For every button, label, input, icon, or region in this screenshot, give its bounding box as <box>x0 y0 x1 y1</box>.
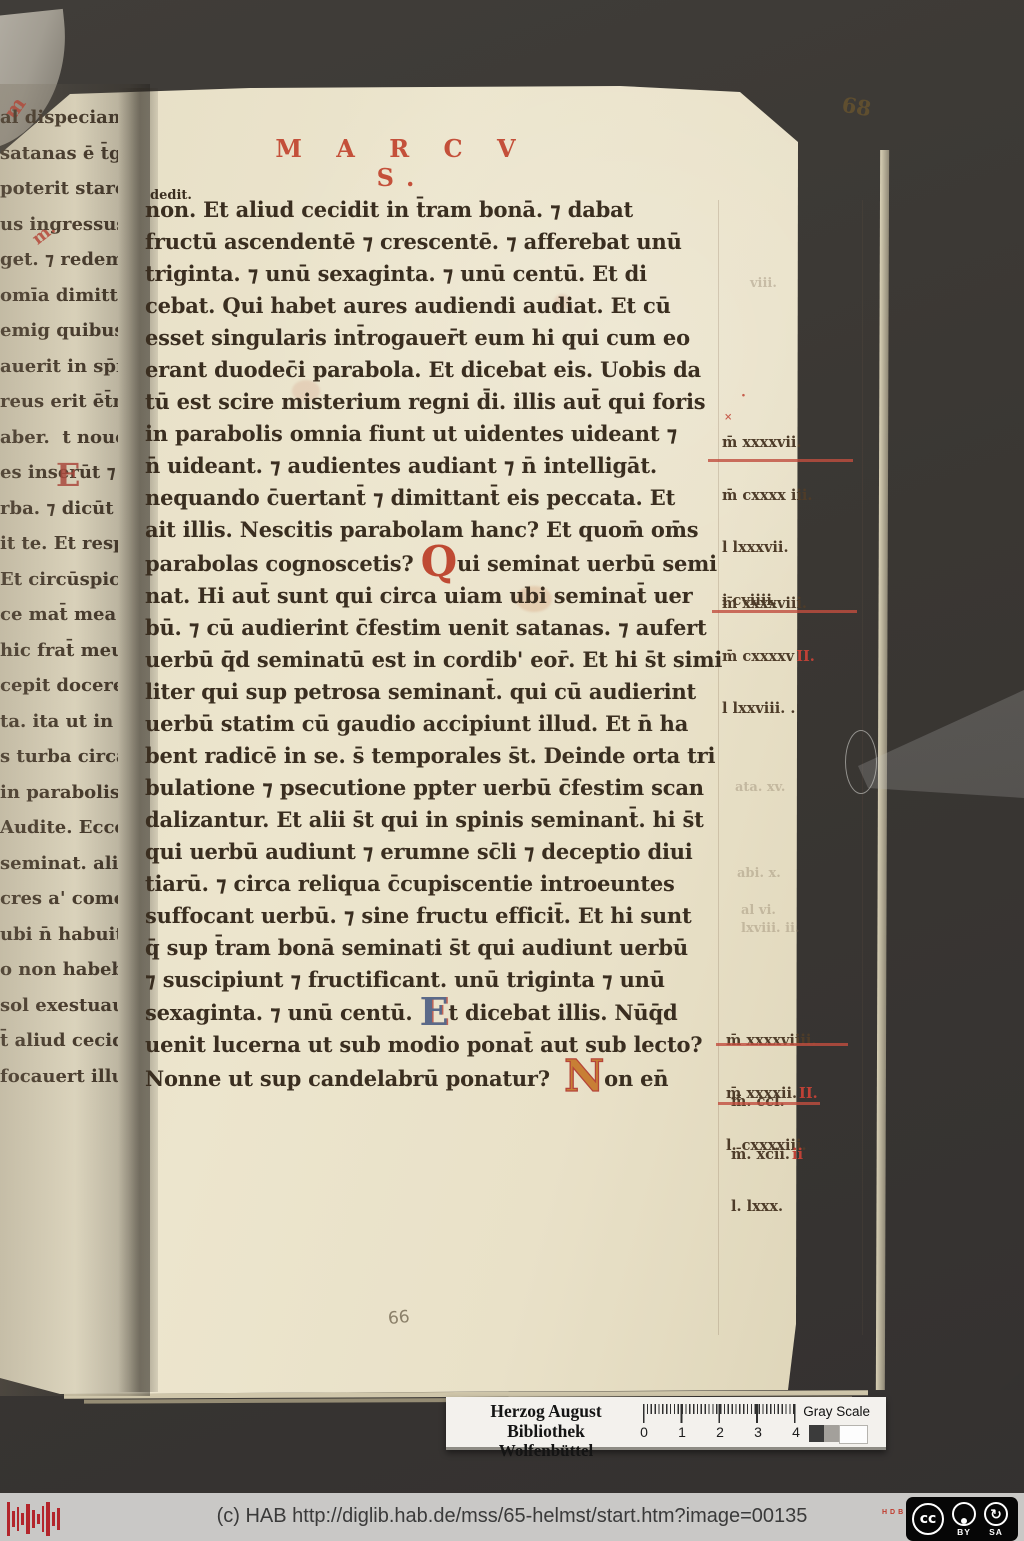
ruler-number: 1 <box>674 1424 690 1440</box>
grayscale-patch-mid <box>824 1425 839 1442</box>
gloss-underline <box>716 1043 848 1046</box>
illuminated-initial-e: E <box>420 989 449 1034</box>
gloss-line: m̄ cxxxxv <box>722 648 794 665</box>
text-lines-13-25: nat. Hi aut̄ sunt qui circa uiam ubi sem… <box>145 580 722 996</box>
gloss-line: l lxxxvii. <box>722 539 789 556</box>
text-line-28: Nonne ut sup candelabrū ponatur? Non en̄ <box>145 1061 722 1095</box>
main-text-block: non. Et aliud cecidit in t̄ram bonā. ⁊ d… <box>145 194 722 1095</box>
text-line-27: uenit lucerna ut sub modio ponat̄ aut su… <box>145 1029 722 1061</box>
text-line-12: parabolas cognoscetis? Qui seminat uerbū… <box>145 546 722 580</box>
grayscale-patch-light <box>839 1425 868 1444</box>
print-code: HDB <box>882 1509 906 1516</box>
gloss-line: m̄ cxxxx iii. <box>722 487 812 504</box>
gloss-red-numeral: ii <box>792 1146 803 1163</box>
sa-label: SA <box>989 1527 1003 1537</box>
text-lines-1-11: non. Et aliud cecidit in t̄ram bonā. ⁊ d… <box>145 194 722 546</box>
red-x-mark: × <box>724 412 732 423</box>
by-person-icon <box>952 1502 976 1526</box>
text-line-28-pre: Nonne ut sup candelabrū ponatur? <box>145 1066 564 1091</box>
cc-sa-block: ↻ SA <box>984 1502 1008 1537</box>
gloss-line: m̄ xxxxviiii. <box>726 1032 816 1049</box>
cc-icon: cc <box>912 1503 944 1535</box>
grayscale-label: Gray Scale <box>802 1404 870 1419</box>
running-title-marcus: M A R C V S. <box>252 134 552 192</box>
sa-arrow-icon: ↻ <box>984 1502 1008 1526</box>
margin-ruling-line <box>862 200 863 1335</box>
library-name-line2: Wolfenbüttel <box>450 1441 642 1461</box>
bleed-through-note: lxviii. ii. <box>741 921 800 936</box>
illuminated-initial-q: Q <box>421 537 457 586</box>
gloss-red-numeral: II. <box>796 648 815 665</box>
bleed-through-note: al vi. <box>741 903 776 918</box>
bleed-through-note: viii. <box>750 276 777 291</box>
page-holder-clip <box>845 730 877 794</box>
gloss-underline <box>712 610 857 613</box>
bleed-through-note: abi. x. <box>737 866 781 881</box>
facing-page-red-initial: E <box>56 456 80 494</box>
grayscale-patch-dark <box>809 1425 824 1442</box>
text-line-12-pre: parabolas cognoscetis? <box>145 551 421 576</box>
text-line-28-post: on en̄ <box>604 1066 668 1091</box>
cc-by-block: BY <box>952 1502 976 1537</box>
text-line-26: sexaginta. ⁊ unū centū. Et dicebat illis… <box>145 996 722 1029</box>
gloss-line: m̄ xxxxvii. <box>722 434 801 451</box>
ruler-number: 3 <box>750 1424 766 1440</box>
gloss-line: l lxxviii. . <box>722 700 795 717</box>
facing-page-text-fragments: al dispeciam sup satanas ē t̄gere poteri… <box>0 100 118 1110</box>
ruler-cm-ticks <box>643 1404 798 1423</box>
ruler-number: 4 <box>788 1424 804 1440</box>
color-ruler-card: Herzog August Bibliothek Wolfenbüttel 0 … <box>446 1397 886 1450</box>
text-line-12-post: ui seminat uerbū semi <box>457 551 717 576</box>
copyright-text: (c) HAB http://diglib.hab.de/mss/65-helm… <box>0 1505 1024 1528</box>
ruler-number: 2 <box>712 1424 728 1440</box>
bleed-through-note: ata. xv. <box>735 780 785 795</box>
cc-license-badge: cc BY ↻ SA <box>906 1497 1018 1541</box>
library-name: Herzog August Bibliothek Wolfenbüttel <box>450 1401 642 1461</box>
marginal-gloss-4: m̄. ccl. m̄. xcii.ii l. lxxx. <box>731 1058 803 1251</box>
marginal-gloss-2: m̄ xxxxviii. m̄ cxxxxvII. l lxxviii. . <box>722 560 815 753</box>
ruler-number: 0 <box>636 1424 652 1440</box>
sa-arrow-glyph: ↻ <box>990 1506 1002 1524</box>
gloss-line: m̄. xcii. <box>731 1146 790 1163</box>
page-edge-right <box>876 150 889 1390</box>
gloss-line: l. lxxx. <box>731 1198 783 1215</box>
text-line-26-post: t dicebat illis. Nūq̄d <box>448 1000 677 1025</box>
red-dot-mark: · <box>741 388 746 404</box>
manuscript-scan-photo: m m. al dispeciam sup satanas ē t̄gere p… <box>0 0 1024 1541</box>
folio-number: 68 <box>840 92 873 122</box>
gloss-underline <box>718 1102 820 1105</box>
gloss-underline <box>708 459 853 462</box>
illuminated-initial-n: N <box>564 1051 604 1102</box>
library-name-line1: Herzog August Bibliothek <box>450 1401 642 1441</box>
by-label: BY <box>957 1527 971 1537</box>
text-line-26-pre: sexaginta. ⁊ unū centū. <box>145 1000 420 1025</box>
pencil-foliation: 66 <box>387 1307 411 1329</box>
